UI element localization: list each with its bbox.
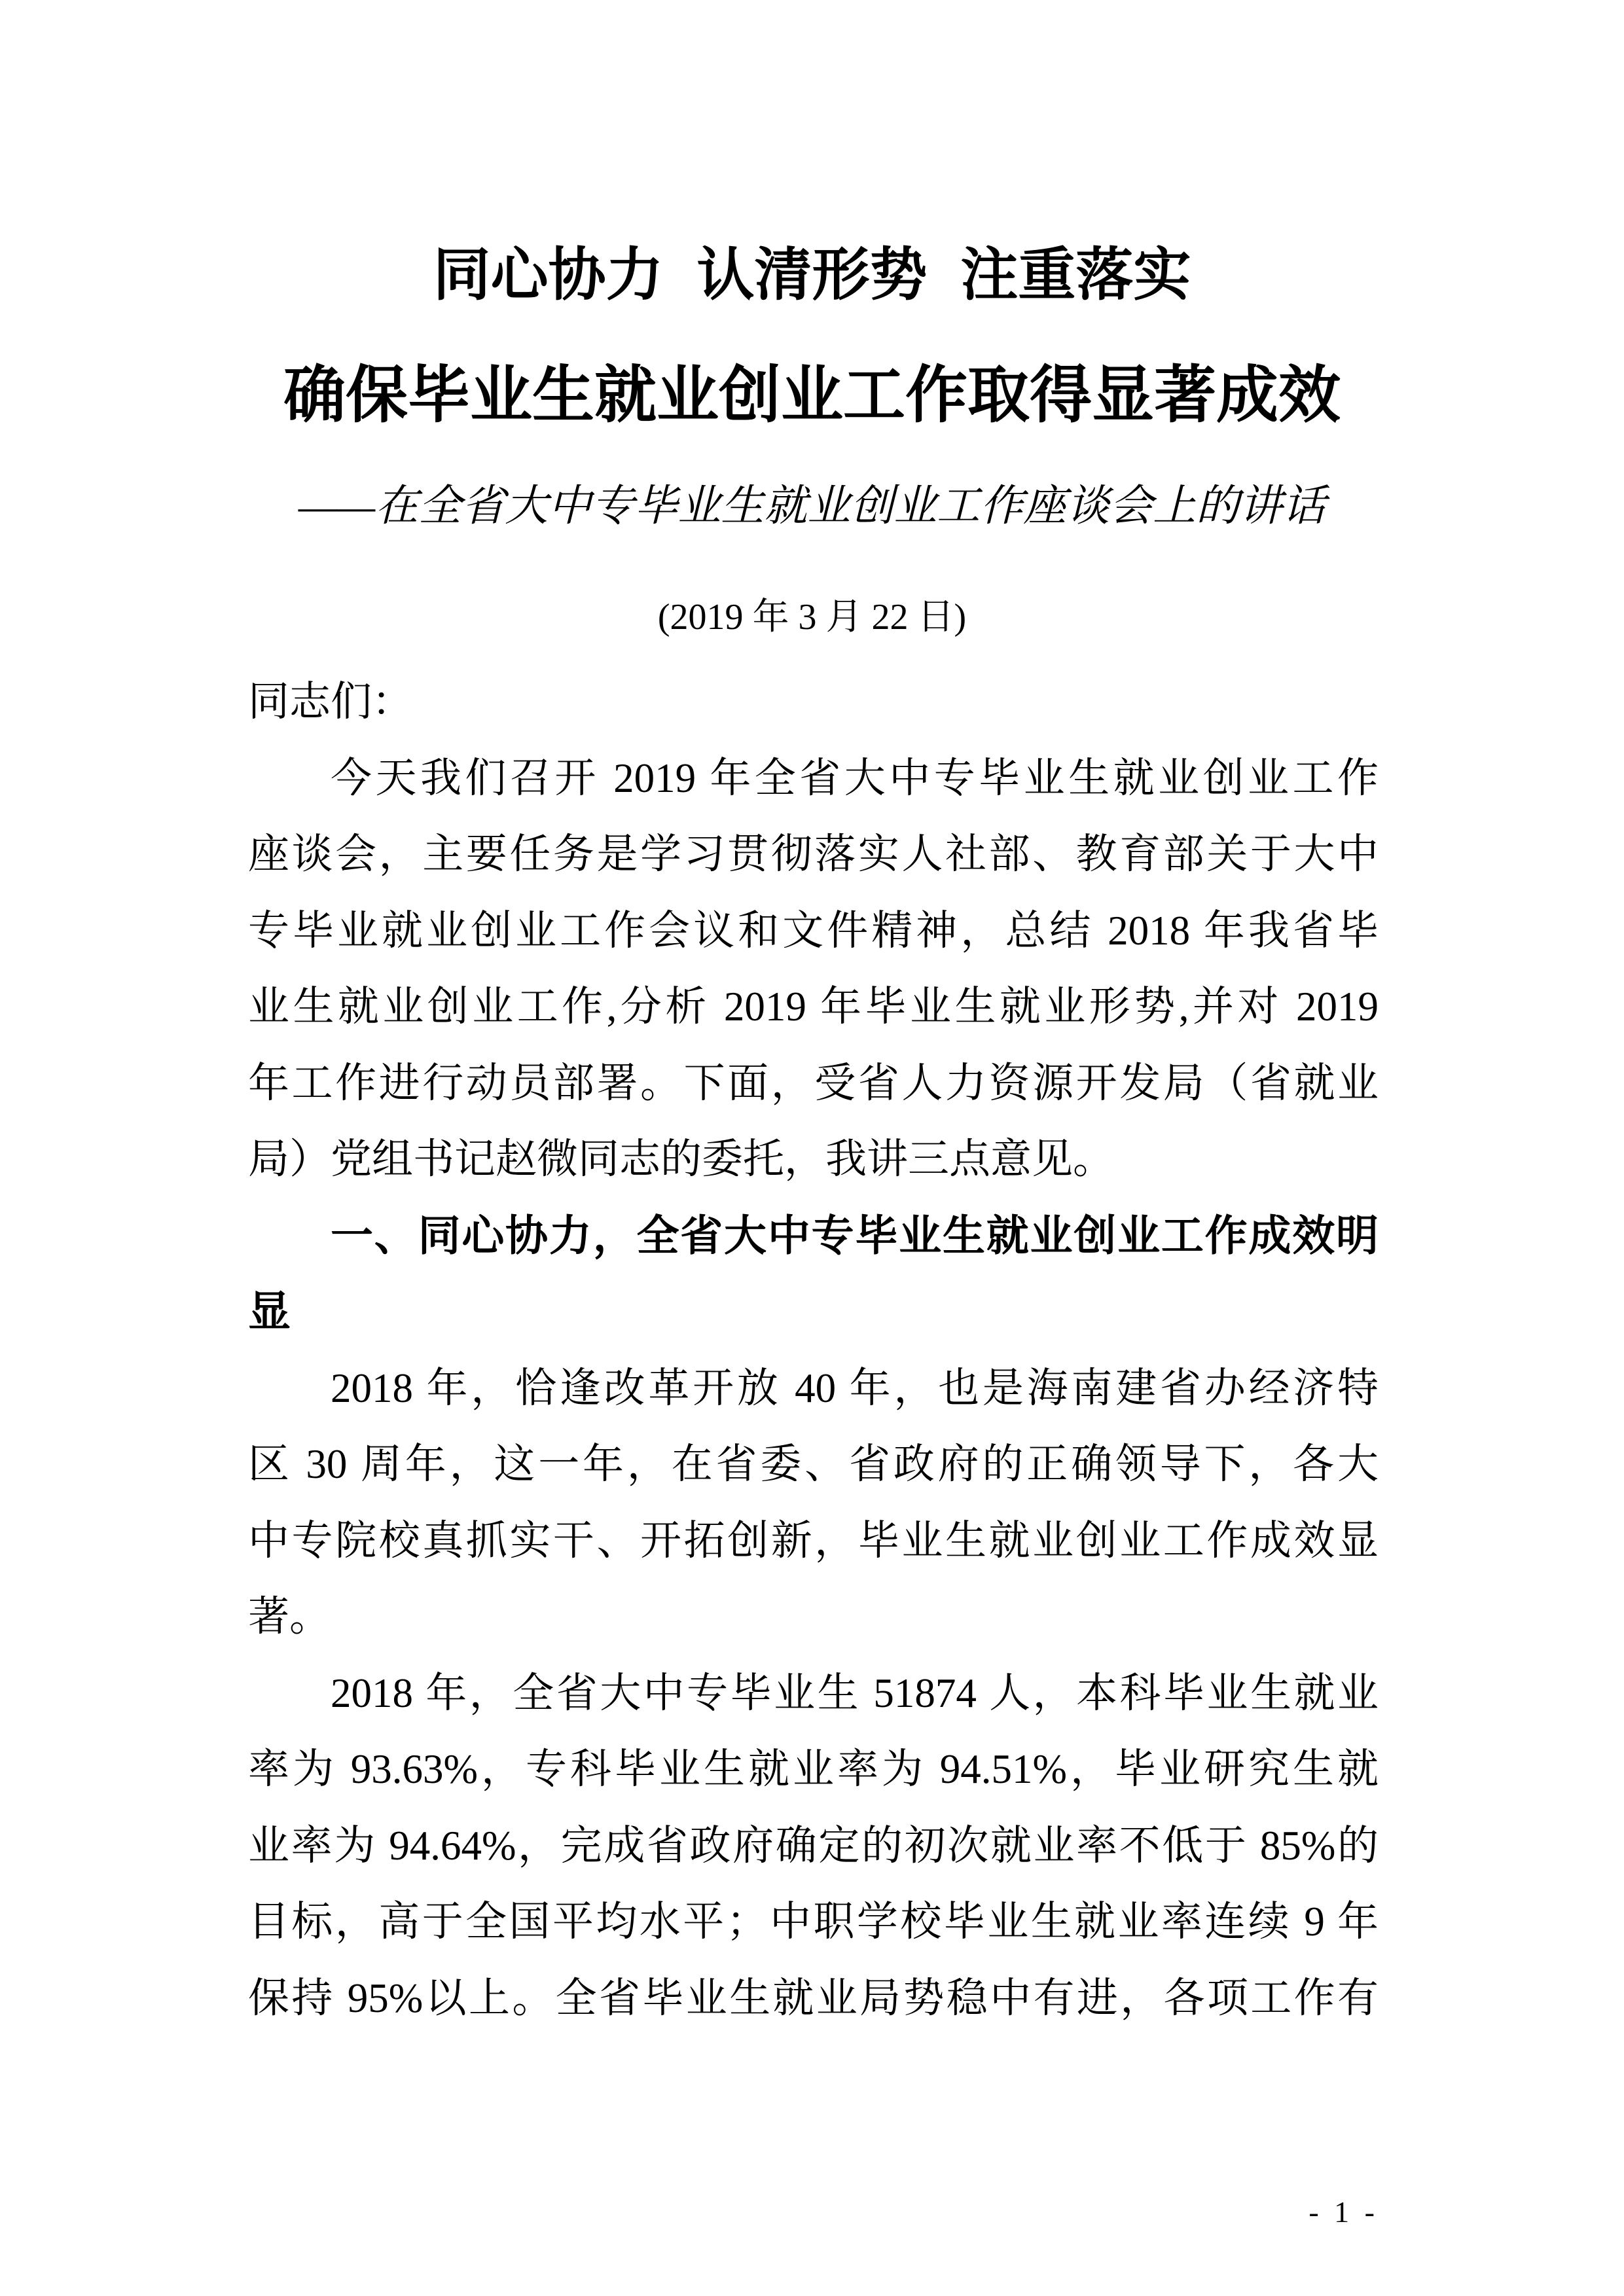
body-line: 座谈会，主要任务是学习贯彻落实人社部、教育部关于大中 xyxy=(248,816,1379,893)
body-line: 年工作进行动员部署。下面，受省人力资源开发局（省就业 xyxy=(248,1045,1379,1122)
section-heading-line-1: 一、同心协力，全省大中专毕业生就业创业工作成效明 xyxy=(248,1198,1379,1274)
body-line: 中专院校真抓实干、开拓创新，毕业生就业创业工作成效显 xyxy=(248,1503,1379,1579)
doc-date: (2019 年 3 月 22 日) xyxy=(0,588,1624,647)
salutation-line: 同志们： xyxy=(248,664,1379,740)
body-line: 专毕业就业创业工作会议和文件精神，总结 2018 年我省毕 xyxy=(248,893,1379,969)
document-page: 同心协力 认清形势 注重落实 确保毕业生就业创业工作取得显著成效 ——在全省大中… xyxy=(0,0,1624,2296)
section-heading-line-2: 显 xyxy=(248,1274,1379,1350)
body-line: 局）党组书记赵微同志的委托，我讲三点意见。 xyxy=(248,1121,1379,1198)
doc-body: 同志们： 今天我们召开 2019 年全省大中专毕业生就业创业工作 座谈会，主要任… xyxy=(248,664,1379,2036)
body-line: 业生就业创业工作,分析 2019 年毕业生就业形势,并对 2019 xyxy=(248,969,1379,1045)
body-line: 率为 93.63%，专科毕业生就业率为 94.51%，毕业研究生就 xyxy=(248,1731,1379,1808)
body-line: 区 30 周年，这一年，在省委、省政府的正确领导下，各大 xyxy=(248,1426,1379,1503)
body-line: 2018 年，全省大中专毕业生 51874 人，本科毕业生就业 xyxy=(248,1655,1379,1732)
body-line: 目标，高于全国平均水平；中职学校毕业生就业率连续 9 年 xyxy=(248,1884,1379,1960)
body-line: 业率为 94.64%，完成省政府确定的初次就业率不低于 85%的 xyxy=(248,1808,1379,1884)
body-line: 2018 年，恰逢改革开放 40 年，也是海南建省办经济特 xyxy=(248,1350,1379,1427)
doc-subtitle: ——在全省大中专毕业生就业创业工作座谈会上的讲话 xyxy=(0,475,1624,538)
doc-title-line-2: 确保毕业生就业创业工作取得显著成效 xyxy=(0,353,1624,437)
body-line: 著。 xyxy=(248,1579,1379,1655)
doc-title-line-1: 同心协力 认清形势 注重落实 xyxy=(0,236,1624,314)
page-footer: - 1 - xyxy=(248,2186,1379,2238)
page-number: - 1 - xyxy=(1308,2195,1379,2229)
body-line: 今天我们召开 2019 年全省大中专毕业生就业创业工作 xyxy=(248,740,1379,817)
body-line: 保持 95%以上。全省毕业生就业局势稳中有进，各项工作有 xyxy=(248,1960,1379,2037)
